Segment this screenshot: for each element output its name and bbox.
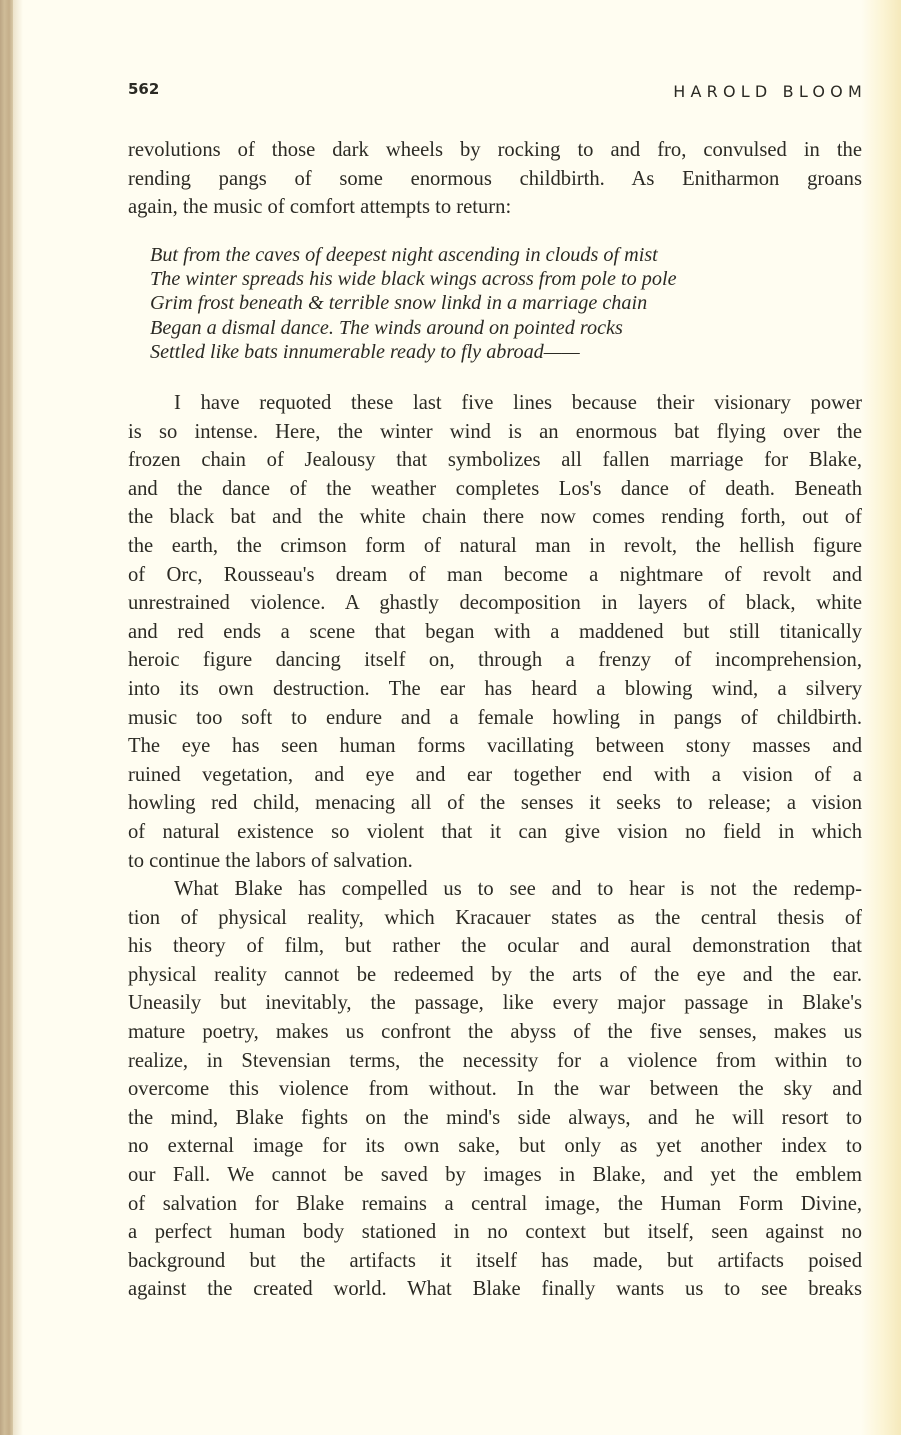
paragraph-3: What Blake has compelled us to see and t… <box>128 875 862 1304</box>
text-line: tion of physical reality, which Kracauer… <box>128 904 862 933</box>
text-line: overcome this violence from without. In … <box>128 1075 862 1104</box>
text-line: of Orc, Rousseau's dream of man become a… <box>128 561 862 590</box>
text-line: revolutions of those dark wheels by rock… <box>128 136 862 165</box>
verse-line: Settled like bats innumerable ready to f… <box>150 340 677 364</box>
text-line: I have requoted these last five lines be… <box>128 389 862 418</box>
text-line: again, the music of comfort attempts to … <box>128 193 862 222</box>
page-number: 562 <box>128 80 159 98</box>
body-text: I have requoted these last five lines be… <box>128 389 862 1304</box>
text-line: What Blake has compelled us to see and t… <box>128 875 862 904</box>
text-line: background but the artifacts it itself h… <box>128 1247 862 1276</box>
text-line: the black bat and the white chain there … <box>128 503 862 532</box>
text-line: against the created world. What Blake fi… <box>128 1275 862 1304</box>
text-line: of natural existence so violent that it … <box>128 818 862 847</box>
text-line: The eye has seen human forms vacillating… <box>128 732 862 761</box>
paragraph-2: I have requoted these last five lines be… <box>128 389 862 875</box>
text-line: and the dance of the weather completes L… <box>128 475 862 504</box>
verse-line: The winter spreads his wide black wings … <box>150 267 677 291</box>
text-line: frozen chain of Jealousy that symbolizes… <box>128 446 862 475</box>
text-line: the earth, the crimson form of natural m… <box>128 532 862 561</box>
text-line: our Fall. We cannot be saved by images i… <box>128 1161 862 1190</box>
text-line: is so intense. Here, the winter wind is … <box>128 418 862 447</box>
text-line: into its own destruction. The ear has he… <box>128 675 862 704</box>
paragraph-1: revolutions of those dark wheels by rock… <box>128 136 862 222</box>
text-line: howling red child, menacing all of the s… <box>128 789 862 818</box>
text-line: unrestrained violence. A ghastly decompo… <box>128 589 862 618</box>
page-edge-shadow <box>861 0 901 1435</box>
running-head: 562 HAROLD BLOOM <box>128 80 862 104</box>
text-line: rending pangs of some enormous childbirt… <box>128 165 862 194</box>
text-line: a perfect human body stationed in no con… <box>128 1218 862 1247</box>
text-line: his theory of film, but rather the ocula… <box>128 932 862 961</box>
running-title: HAROLD BLOOM <box>673 82 867 101</box>
text-line: Uneasily but inevitably, the passage, li… <box>128 989 862 1018</box>
verse-quotation: But from the caves of deepest night asce… <box>150 243 677 364</box>
text-line: of salvation for Blake remains a central… <box>128 1190 862 1219</box>
page-spine <box>0 0 13 1435</box>
text-line: heroic figure dancing itself on, through… <box>128 646 862 675</box>
text-line: and red ends a scene that began with a m… <box>128 618 862 647</box>
verse-line: But from the caves of deepest night asce… <box>150 243 677 267</box>
verse-line: Grim frost beneath & terrible snow linkd… <box>150 291 677 315</box>
text-line: physical reality cannot be redeemed by t… <box>128 961 862 990</box>
text-line: music too soft to endure and a female ho… <box>128 704 862 733</box>
text-line: realize, in Stevensian terms, the necess… <box>128 1047 862 1076</box>
text-line: the mind, Blake fights on the mind's sid… <box>128 1104 862 1133</box>
text-line: ruined vegetation, and eye and ear toget… <box>128 761 862 790</box>
text-line: no external image for its own sake, but … <box>128 1132 862 1161</box>
spine-shadow <box>13 0 23 1435</box>
text-line: to continue the labors of salvation. <box>128 847 862 876</box>
text-line: mature poetry, makes us confront the aby… <box>128 1018 862 1047</box>
verse-line: Began a dismal dance. The winds around o… <box>150 316 677 340</box>
